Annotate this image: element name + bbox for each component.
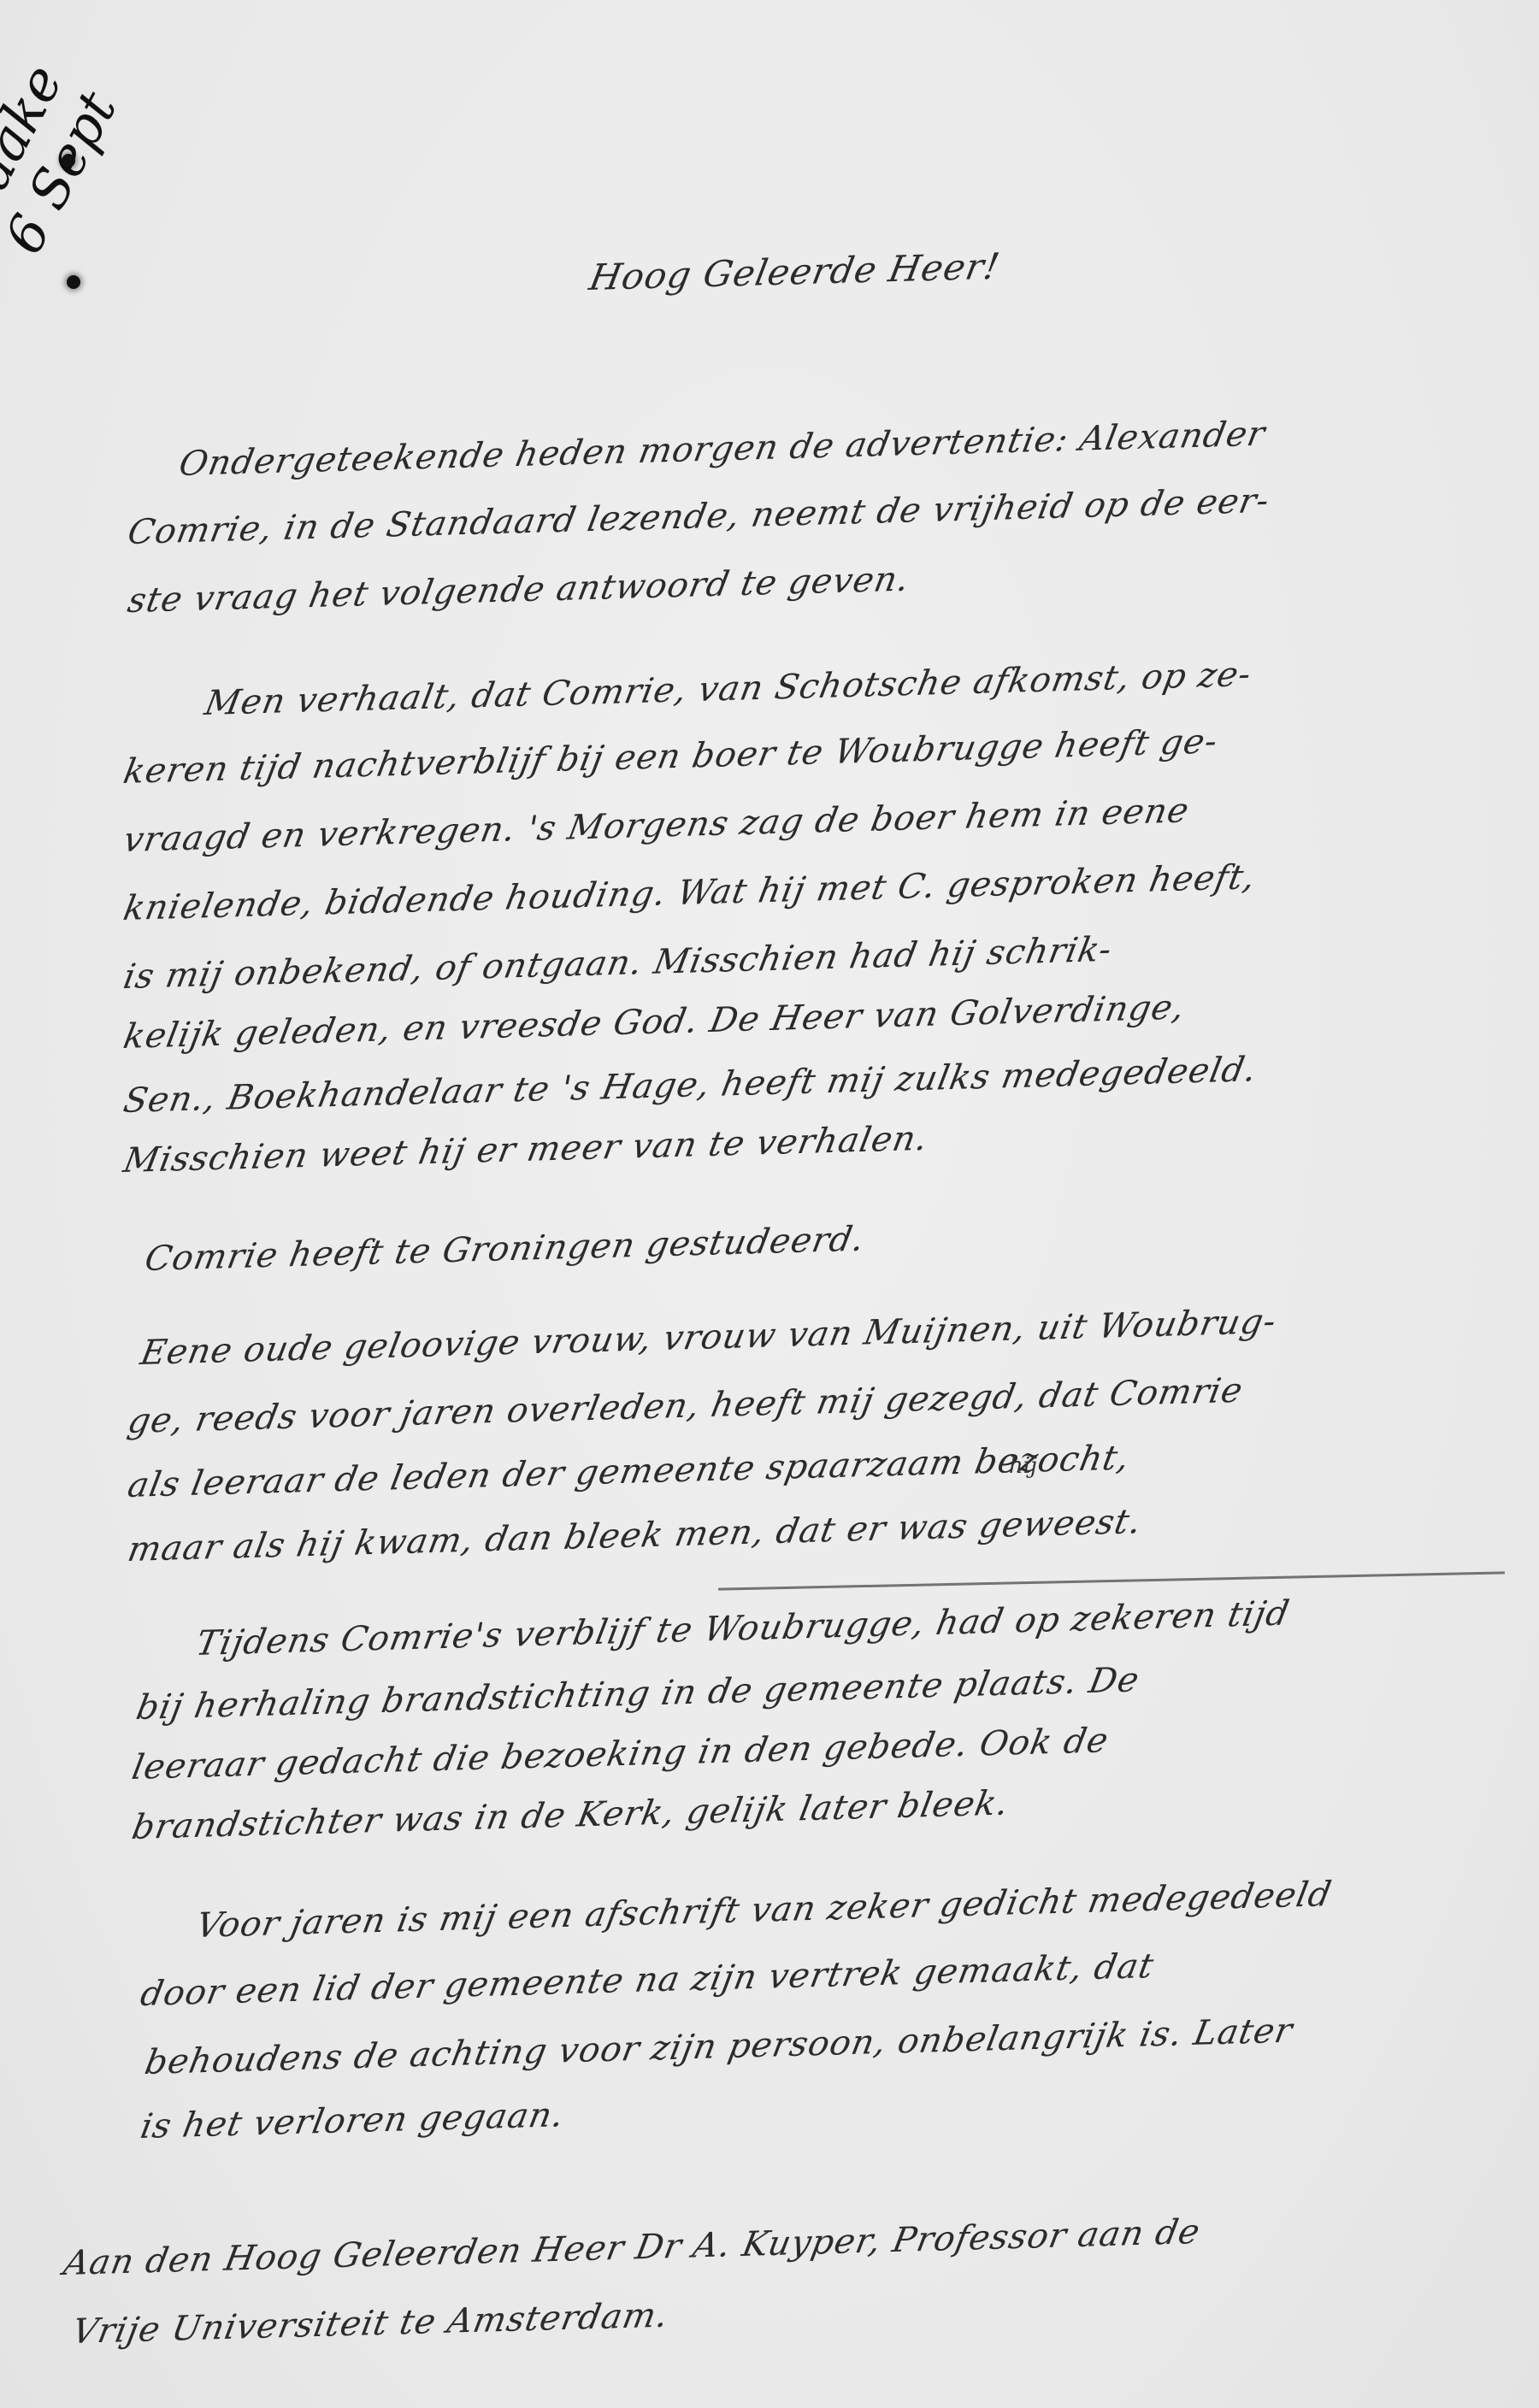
paragraph-1-line-2: Comrie, in de Standaard lezende, neemt d…	[125, 481, 1273, 552]
ink-dot	[62, 154, 75, 168]
line-text: Voor jaren is mij een afschrift van zeke…	[193, 1875, 1336, 1946]
line-text: knielende, biddende houding. Wat hij met…	[121, 857, 1259, 928]
paragraph-4-line-1: Eene oude geloovige vrouw, vrouw van Mui…	[138, 1302, 1280, 1373]
address-line-1: Aan den Hoog Geleerden Heer Dr A. Kuyper…	[61, 2212, 1204, 2283]
paragraph-6-line-3: behoudens de achting voor zijn persoon, …	[142, 2011, 1296, 2082]
paragraph-2-line-8: Misschien weet hij er meer van te verhal…	[121, 1119, 932, 1180]
line-text: Misschien weet hij er meer van te verhal…	[121, 1119, 932, 1180]
paragraph-4-line-4: maar als hij kwam, dan bleek men, dat er…	[125, 1502, 1145, 1569]
line-text: maar als hij kwam, dan bleek men, dat er…	[125, 1502, 1145, 1569]
line-text: als leeraar de leden der gemeente spaarz…	[125, 1438, 1133, 1504]
line-text: leeraar gedacht die bezoeking in den geb…	[129, 1721, 1112, 1787]
line-text: vraagd en verkregen. 's Morgens zag de b…	[121, 791, 1193, 860]
paragraph-2-line-4: knielende, biddende houding. Wat hij met…	[121, 857, 1259, 928]
line-text: keren tijd nachtverblijf bij een boer te…	[121, 721, 1221, 791]
line-text: Tijdens Comrie's verblijf te Woubrugge, …	[193, 1594, 1293, 1663]
line-text: is mij onbekend, of ontgaan. Misschien h…	[121, 930, 1116, 997]
interlinear-insertion: hij	[1009, 1453, 1037, 1479]
paragraph-4-line-2: ge, reeds voor jaren overleden, heeft mi…	[125, 1371, 1247, 1441]
line-text: Comrie, in de Standaard lezende, neemt d…	[125, 481, 1273, 552]
underline-stroke	[718, 1571, 1505, 1590]
line-text: Comrie heeft te Groningen gestudeerd.	[142, 1220, 868, 1279]
paragraph-2-line-1: Men verhaalt, dat Comrie, van Schotsche …	[202, 655, 1255, 723]
paragraph-5-line-3: leeraar gedacht die bezoeking in den geb…	[129, 1721, 1112, 1787]
ink-dot	[67, 275, 80, 289]
address-text: Vrije Universiteit te Amsterdam.	[69, 2296, 672, 2352]
salutation: Hoog Geleerde Heer!	[586, 245, 1003, 298]
line-text: brandstichter was in de Kerk, gelijk lat…	[129, 1784, 1012, 1847]
letter-page: (faint illegible pencil mark) Braake 6 S…	[0, 0, 1539, 2408]
line-text: behoudens de achting voor zijn persoon, …	[142, 2011, 1296, 2082]
line-text: kelijk geleden, en vreesde God. De Heer …	[121, 988, 1188, 1057]
line-text: door een lid der gemeente na zijn vertre…	[138, 1946, 1158, 2014]
line-text: Men verhaalt, dat Comrie, van Schotsche …	[202, 655, 1255, 723]
paragraph-2-line-7: Sen., Boekhandelaar te 's Hage, heeft mi…	[121, 1050, 1260, 1121]
address-text: Aan den Hoog Geleerden Heer Dr A. Kuyper…	[61, 2212, 1204, 2283]
line-text: Sen., Boekhandelaar te 's Hage, heeft mi…	[121, 1050, 1260, 1121]
line-text: ge, reeds voor jaren overleden, heeft mi…	[125, 1371, 1247, 1441]
paragraph-1-line-3: ste vraag het volgende antwoord te geven…	[125, 560, 913, 621]
paragraph-1-line-1: Ondergeteekende heden morgen de adverten…	[176, 415, 1269, 484]
paragraph-2-line-6: kelijk geleden, en vreesde God. De Heer …	[121, 988, 1188, 1057]
paragraph-5-line-4: brandstichter was in de Kerk, gelijk lat…	[129, 1784, 1012, 1847]
paragraph-6-line-2: door een lid der gemeente na zijn vertre…	[138, 1946, 1158, 2014]
paragraph-4-line-3: als leeraar de leden der gemeente spaarz…	[125, 1438, 1133, 1504]
paragraph-5-line-2: bij herhaling brandstichting in de gemee…	[133, 1660, 1143, 1728]
address-line-2: Vrije Universiteit te Amsterdam.	[69, 2296, 672, 2352]
paragraph-2-line-3: vraagd en verkregen. 's Morgens zag de b…	[121, 791, 1193, 860]
line-text: ste vraag het volgende antwoord te geven…	[125, 560, 913, 621]
line-text: bij herhaling brandstichting in de gemee…	[133, 1660, 1143, 1728]
line-text: is het verloren gegaan.	[138, 2095, 568, 2146]
paragraph-3-line-1: Comrie heeft te Groningen gestudeerd.	[142, 1220, 868, 1279]
line-text: Eene oude geloovige vrouw, vrouw van Mui…	[138, 1302, 1280, 1373]
paragraph-6-line-1: Voor jaren is mij een afschrift van zeke…	[193, 1875, 1336, 1946]
paragraph-5-line-1: Tijdens Comrie's verblijf te Woubrugge, …	[193, 1594, 1293, 1663]
line-text: Ondergeteekende heden morgen de adverten…	[176, 415, 1269, 484]
paragraph-2-line-2: keren tijd nachtverblijf bij een boer te…	[121, 721, 1221, 791]
paragraph-2-line-5: is mij onbekend, of ontgaan. Misschien h…	[121, 930, 1116, 997]
paragraph-6-line-4: is het verloren gegaan.	[138, 2095, 568, 2146]
